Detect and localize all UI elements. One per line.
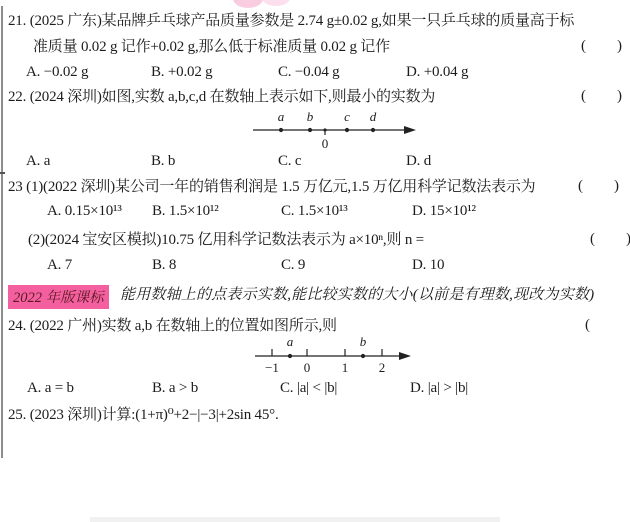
answer-paren-close: ) [617, 38, 622, 55]
q23-part2-option-a: A. 7 [47, 257, 72, 274]
question-23-part-2: (2)(2024 宝安区模拟)10.75 亿用科学记数法表示为 a×10ⁿ,则 … [28, 231, 424, 250]
answer-paren-close: ) [614, 178, 619, 195]
curriculum-standard-note: 能用数轴上的点表示实数,能比较实数的大小(以前是有理数,现改为实数) [120, 286, 594, 305]
curriculum-standard-badge: 2022 年版课标 [8, 285, 109, 309]
q23-part1-option-a: A. 0.15×10¹³ [47, 203, 122, 220]
page-left-border [1, 6, 3, 458]
q24-option-a: A. a = b [27, 380, 74, 397]
answer-paren-open: ( [581, 88, 586, 105]
q23-part2-option-b: B. 8 [152, 257, 176, 274]
q21-option-b: B. +0.02 g [151, 64, 212, 81]
q24-option-c: C. |a| < |b| [280, 380, 337, 397]
q24-tick-label-0: 0 [304, 360, 311, 375]
q22-zero-label: 0 [322, 136, 329, 151]
answer-paren-open: ( [585, 317, 590, 334]
question-25-line-1: 25. (2023 深圳)计算:(1+π)⁰+2−|−3|+2sin 45°. [8, 406, 279, 425]
question-22-line-1: 22. (2024 深圳)如图,实数 a,b,c,d 在数轴上表示如下,则最小的… [8, 88, 435, 107]
q21-option-d: D. +0.04 g [406, 64, 468, 81]
answer-paren-open: ( [581, 38, 586, 55]
q22-number-line-diagram: a b c d 0 [240, 107, 440, 153]
q23-part1-option-b: B. 1.5×10¹² [152, 203, 219, 220]
q24-point-label-b: b [360, 334, 367, 349]
q24-tick-label-2: 2 [379, 360, 386, 375]
pink-scan-artifact [233, 0, 263, 8]
page-left-tick [0, 172, 5, 174]
arrow-right-icon [404, 126, 416, 134]
q22-option-b: B. b [151, 153, 175, 170]
q24-tick-label-neg1: −1 [265, 360, 279, 375]
pink-scan-artifact [262, 0, 290, 6]
question-21-line-1: 21. (2025 广东)某品牌乒乓球产品质量参数是 2.74 g±0.02 g… [8, 12, 574, 31]
answer-paren-close: ) [617, 88, 622, 105]
answer-paren-close: ) [626, 231, 630, 248]
q22-option-a: A. a [26, 153, 50, 170]
q21-option-c: C. −0.04 g [278, 64, 339, 81]
q22-point-label-b: b [307, 109, 314, 124]
q21-option-a: A. −0.02 g [26, 64, 88, 81]
q23-part1-option-c: C. 1.5×10¹³ [281, 203, 348, 220]
q24-option-d: D. |a| > |b| [410, 380, 468, 397]
q22-point-label-a: a [278, 109, 285, 124]
question-21-line-2: 准质量 0.02 g 记作+0.02 g,那么低于标准质量 0.02 g 记作 [33, 38, 390, 57]
question-23-part-1: 23 (1)(2022 深圳)某公司一年的销售利润是 1.5 万亿元,1.5 万… [8, 178, 535, 197]
arrow-right-icon [399, 352, 411, 360]
q24-number-line-diagram: a b −1 0 1 2 [240, 336, 440, 384]
q24-tick-label-1: 1 [342, 360, 349, 375]
q24-option-b: B. a > b [152, 380, 198, 397]
bottom-scan-smudge [90, 517, 500, 522]
exam-page: 21. (2025 广东)某品牌乒乓球产品质量参数是 2.74 g±0.02 g… [0, 0, 630, 522]
q22-option-d: D. d [406, 153, 431, 170]
q23-part2-option-c: C. 9 [281, 257, 305, 274]
answer-paren-open: ( [590, 231, 595, 248]
q22-point-label-d: d [370, 109, 377, 124]
q23-part2-option-d: D. 10 [412, 257, 444, 274]
q22-point-label-c: c [344, 109, 350, 124]
q22-option-c: C. c [278, 153, 301, 170]
q23-part1-option-d: D. 15×10¹² [412, 203, 476, 220]
q24-point-label-a: a [287, 334, 294, 349]
answer-paren-open: ( [578, 178, 583, 195]
